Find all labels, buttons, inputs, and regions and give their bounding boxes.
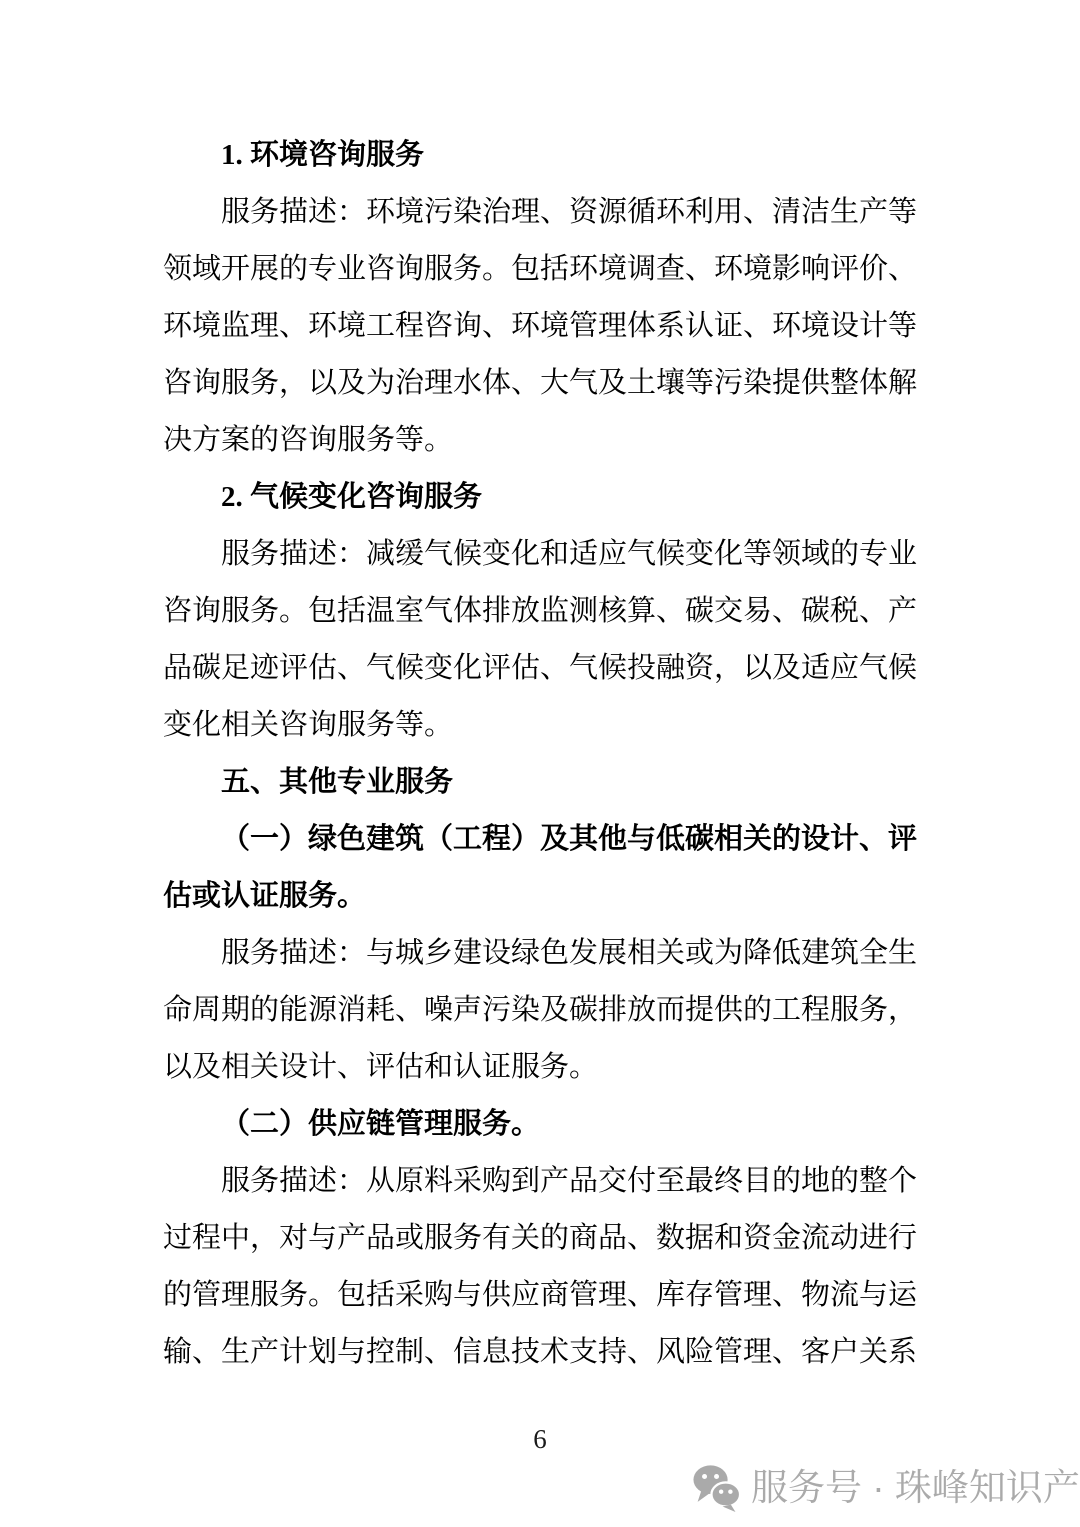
body-paragraph: 服务描述：环境污染治理、资源循环利用、清洁生产等领域开展的专业咨询服务。包括环境…	[163, 184, 917, 469]
watermark-label: 服务号 · 珠峰知识产权	[751, 1462, 1080, 1514]
section-heading: 2. 气候变化咨询服务	[163, 469, 917, 526]
document-page: 1. 环境咨询服务 服务描述：环境污染治理、资源循环利用、清洁生产等领域开展的专…	[0, 0, 1080, 1527]
document-content: 1. 环境咨询服务 服务描述：环境污染治理、资源循环利用、清洁生产等领域开展的专…	[163, 127, 917, 1381]
section-heading: 1. 环境咨询服务	[163, 127, 917, 184]
wechat-watermark: 服务号 · 珠峰知识产权	[693, 1462, 1080, 1514]
body-paragraph: 服务描述：与城乡建设绿色发展相关或为降低建筑全生命周期的能源消耗、噪声污染及碳排…	[163, 925, 917, 1096]
subsection-heading: （二）供应链管理服务。	[163, 1096, 917, 1153]
body-paragraph: 服务描述：从原料采购到产品交付至最终目的地的整个过程中，对与产品或服务有关的商品…	[163, 1153, 917, 1381]
wechat-icon	[693, 1464, 741, 1512]
page-number: 6	[0, 1424, 1080, 1454]
body-paragraph: 服务描述：减缓气候变化和适应气候变化等领域的专业咨询服务。包括温室气体排放监测核…	[163, 526, 917, 754]
section-heading: 五、其他专业服务	[163, 754, 917, 811]
subsection-heading: （一）绿色建筑（工程）及其他与低碳相关的设计、评估或认证服务。	[163, 811, 917, 925]
